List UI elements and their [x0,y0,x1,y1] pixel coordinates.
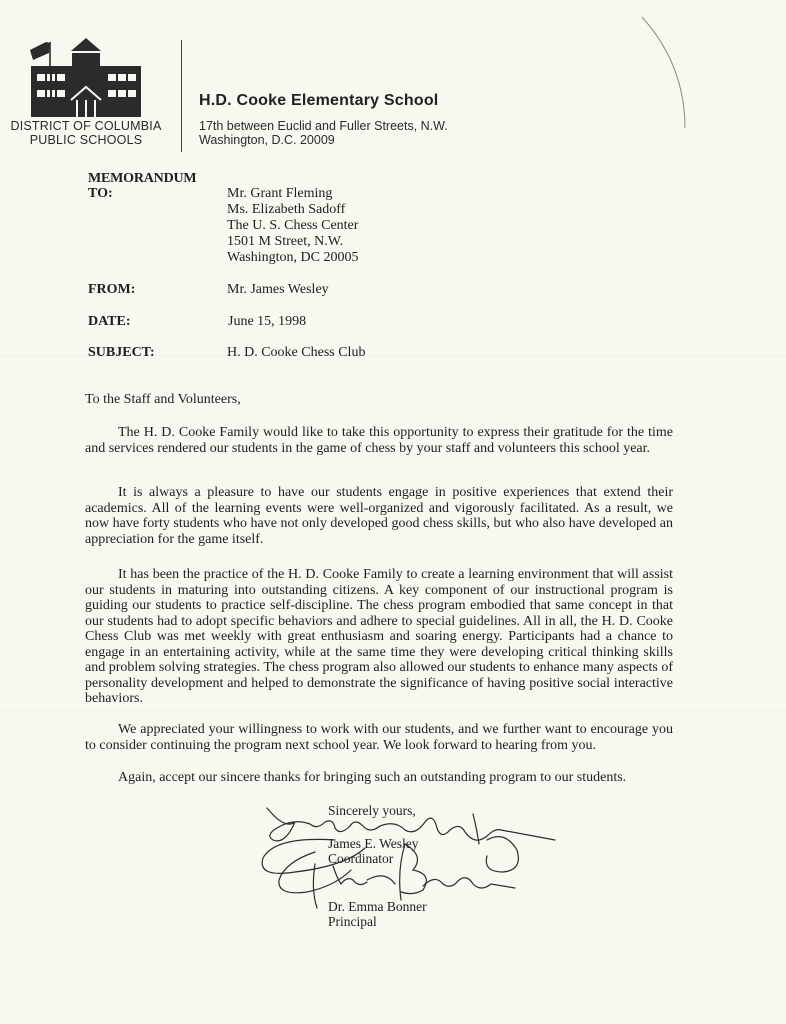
paragraph-text: We appreciated your willingness to work … [85,722,673,753]
subject-value: H. D. Cooke Chess Club [227,345,365,361]
date-value: June 15, 1998 [228,314,306,330]
address-line-1: 17th between Euclid and Fuller Streets, … [199,119,448,133]
school-address: 17th between Euclid and Fuller Streets, … [199,119,448,147]
body-paragraph-5: Again, accept our sincere thanks for bri… [85,770,673,786]
to-line: 1501 M Street, N.W. [227,234,358,250]
to-label: TO: [88,186,113,202]
paragraph-text: It is always a pleasure to have our stud… [85,485,673,547]
salutation: To the Staff and Volunteers, [85,392,241,408]
district-line-2: PUBLIC SCHOOLS [0,133,172,147]
date-label: DATE: [88,314,131,330]
to-line: Washington, DC 20005 [227,250,358,266]
body-paragraph-1: The H. D. Cooke Family would like to tak… [85,425,673,456]
to-line: Ms. Elizabeth Sadoff [227,202,358,218]
schoolhouse-with-flag-icon [28,36,143,118]
paper-crease-mark [640,15,700,130]
paragraph-text: It has been the practice of the H. D. Co… [85,567,673,707]
paragraph-text: Again, accept our sincere thanks for bri… [85,770,673,786]
to-line: Mr. Grant Fleming [227,186,358,202]
body-paragraph-2: It is always a pleasure to have our stud… [85,485,673,547]
school-name: H.D. Cooke Elementary School [199,92,438,110]
from-value: Mr. James Wesley [227,282,329,298]
handwritten-signatures [255,800,565,920]
letterhead-divider [181,40,182,152]
address-line-2: Washington, D.C. 20009 [199,133,448,147]
to-recipients: Mr. Grant Fleming Ms. Elizabeth Sadoff T… [227,186,358,266]
subject-label: SUBJECT: [88,345,155,361]
paragraph-text: The H. D. Cooke Family would like to tak… [85,425,673,456]
to-line: The U. S. Chess Center [227,218,358,234]
memo-title: MEMORANDUM [88,171,196,187]
body-paragraph-3: It has been the practice of the H. D. Co… [85,567,673,707]
from-label: FROM: [88,282,135,298]
body-paragraph-4: We appreciated your willingness to work … [85,722,673,753]
district-line-1: DISTRICT OF COLUMBIA [0,119,172,133]
paper-fold-line [0,710,786,712]
district-name: DISTRICT OF COLUMBIA PUBLIC SCHOOLS [0,119,172,147]
